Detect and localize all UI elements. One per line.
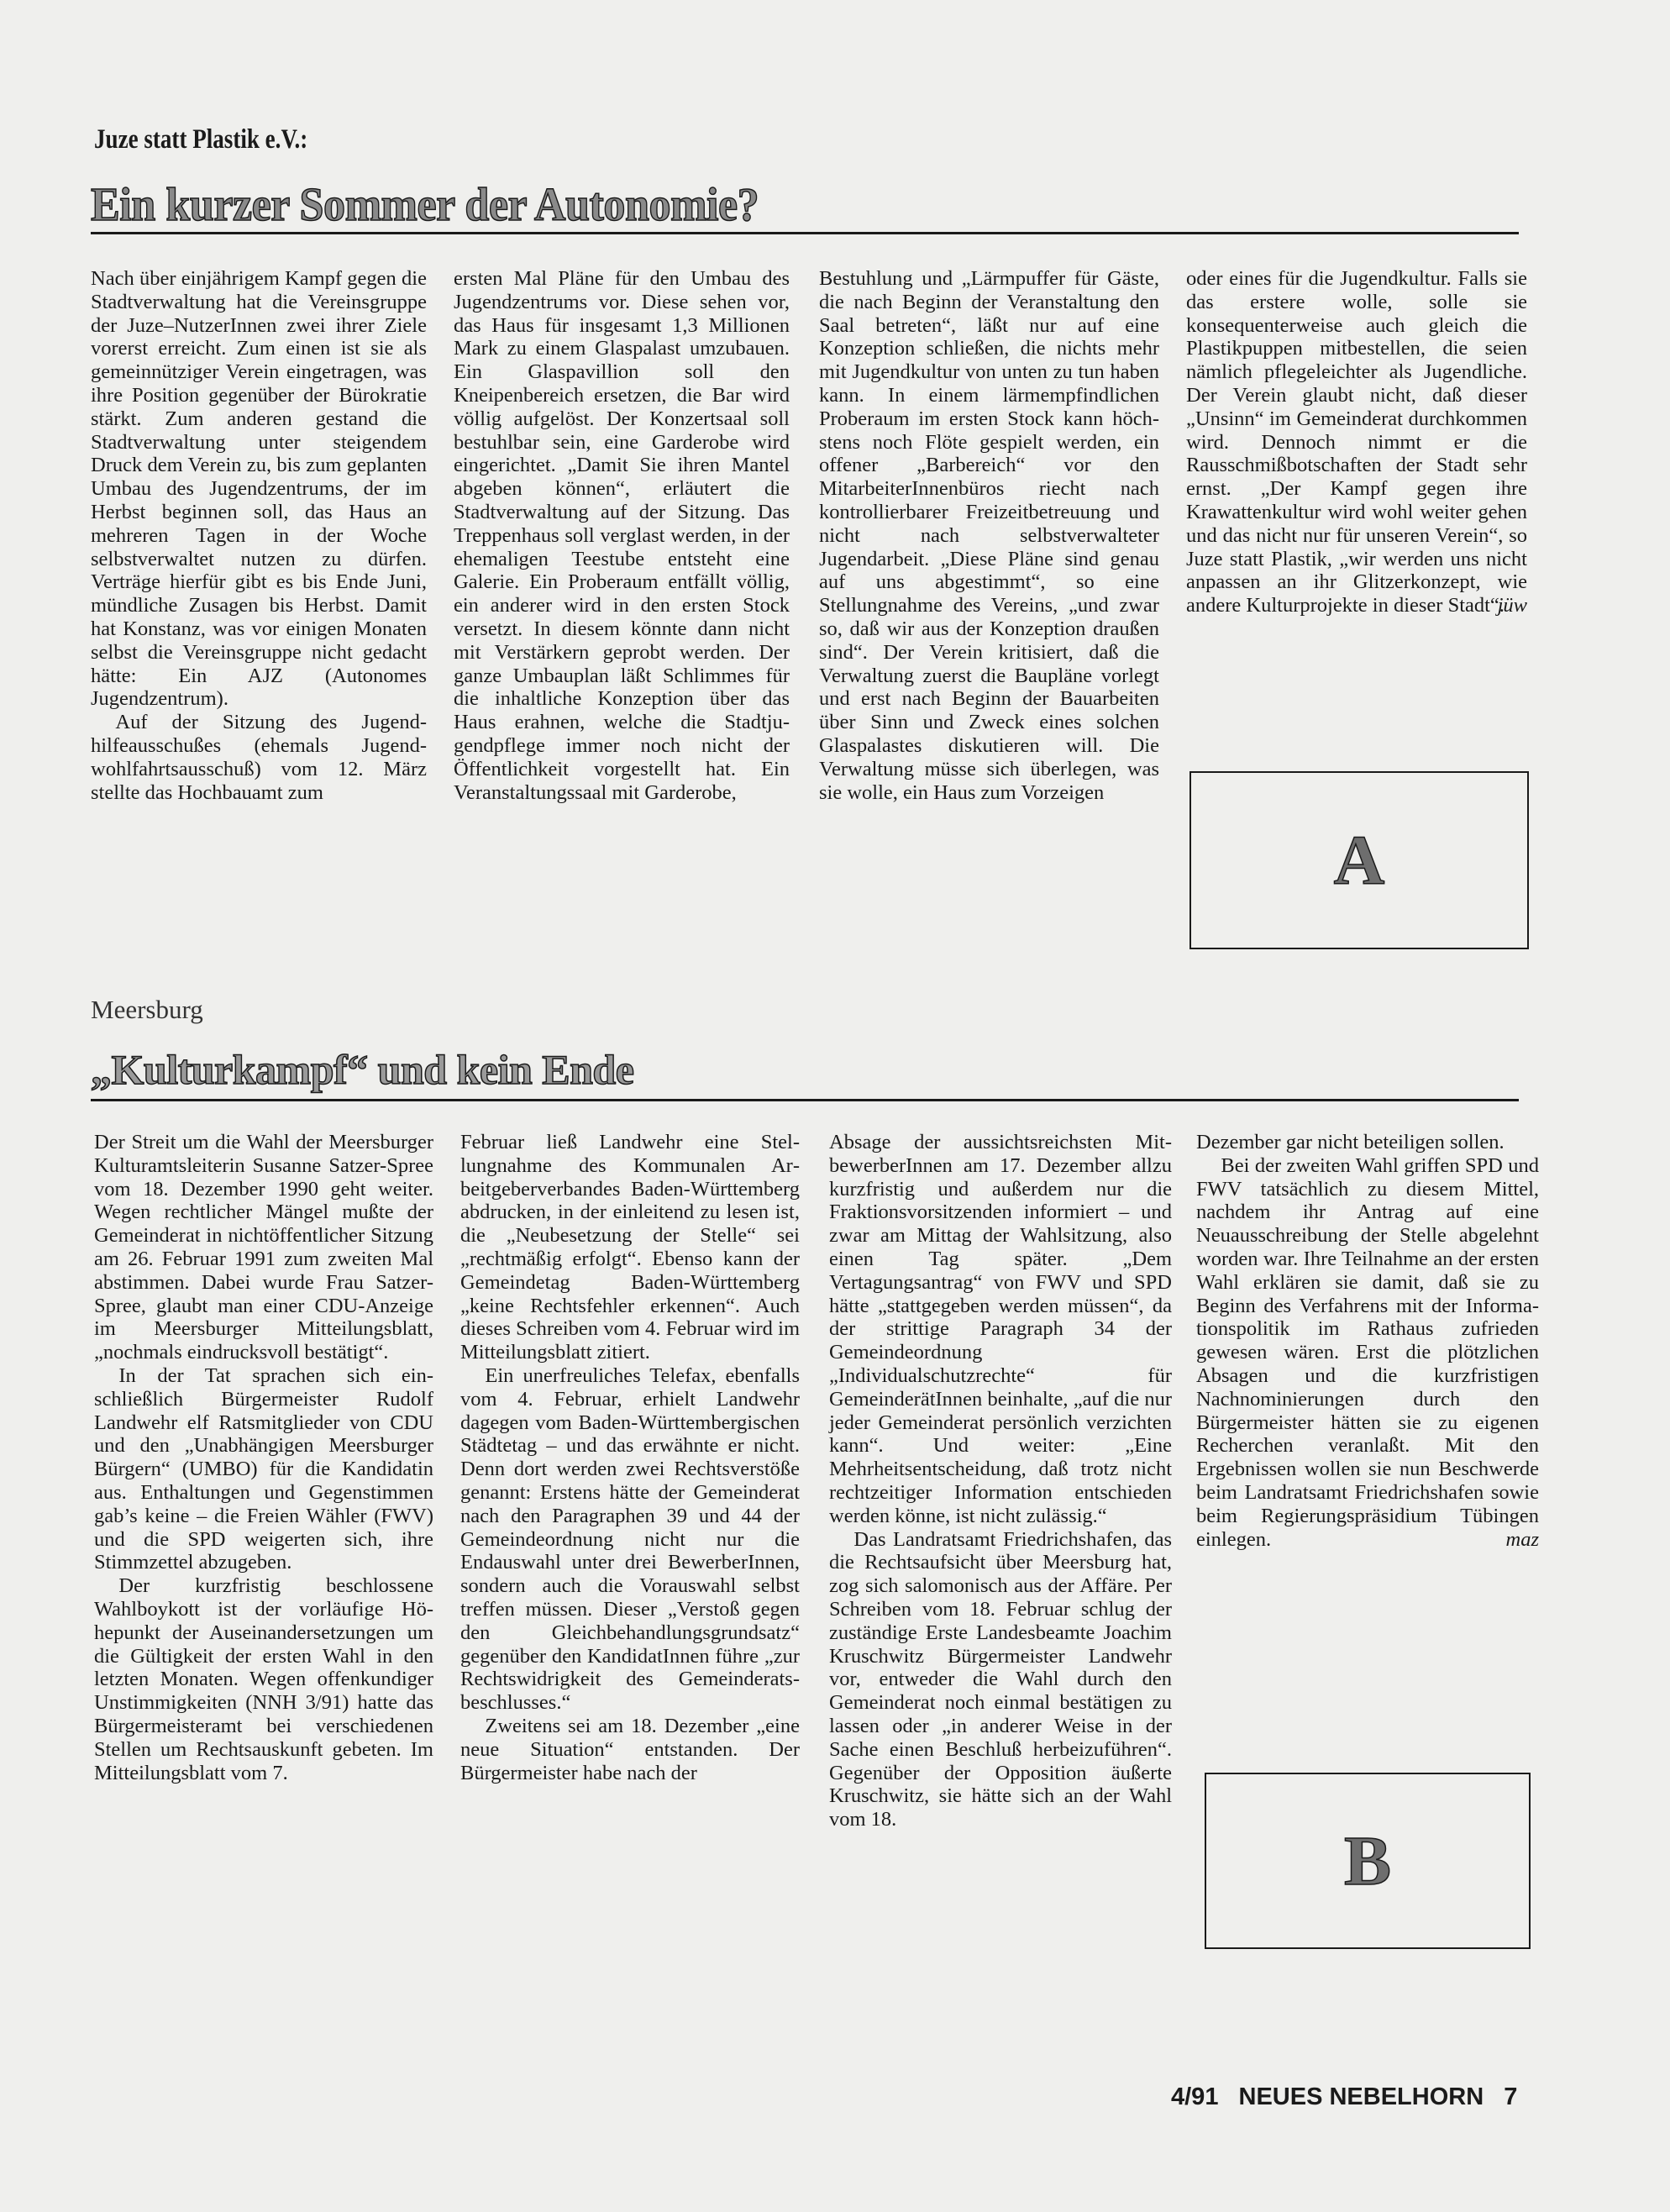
- article-column-1: Nach über einjährigem Kampf ge­gen die S…: [91, 267, 427, 804]
- paragraph: Zweitens sei am 18. Dezember „eine neue …: [460, 1715, 800, 1784]
- issue-number: 4/91: [1171, 2083, 1218, 2110]
- headline-rule: [91, 232, 1519, 234]
- paragraph: ersten Mal Pläne für den Umbau des Jugen…: [454, 267, 790, 804]
- paragraph: Der kurzfristig beschlossene Wahlboykott…: [94, 1574, 433, 1784]
- paragraph: In der Tat sprachen sich ein­schließlich…: [94, 1364, 433, 1574]
- paragraph: Bestuhlung und „Lärmpuffer für Gäste, di…: [819, 267, 1159, 804]
- paragraph: Das Landratsamt Friedrichsha­fen, das di…: [829, 1528, 1172, 1831]
- image-placeholder-b: B: [1205, 1773, 1531, 1949]
- paragraph: Bei der zweiten Wahl griffen SPD und FWV…: [1196, 1154, 1539, 1552]
- article-column-4: oder eines für die Jugendkultur. Falls s…: [1186, 267, 1527, 617]
- paragraph: Dezember gar nicht beteiligen sol­len.: [1196, 1131, 1539, 1154]
- article-column-4: Dezember gar nicht beteiligen sol­len. B…: [1196, 1131, 1539, 1551]
- placeholder-label: B: [1344, 1821, 1391, 1902]
- headline-rule: [91, 1099, 1519, 1101]
- paragraph: Ein unerfreuliches Telefax, ebenfalls vo…: [460, 1364, 800, 1715]
- article-column-3: Absage der aussichtsreichsten Mit­bewerb…: [829, 1131, 1172, 1831]
- article-column-2: Februar ließ Landwehr eine Stel­lungnahm…: [460, 1131, 800, 1784]
- image-placeholder-a: A: [1189, 771, 1529, 949]
- paragraph: Der Streit um die Wahl der Meers­burger …: [94, 1131, 433, 1364]
- paragraph: oder eines für die Jugendkultur. Falls s…: [1186, 267, 1527, 617]
- publication-name: NEUES NEBELHORN: [1239, 2083, 1484, 2110]
- page-footer: 4/91 NEUES NEBELHORN 7: [1171, 2083, 1531, 2111]
- article-headline: „Kulturkampf“ und kein Ende: [91, 1045, 633, 1094]
- article-column-3: Bestuhlung und „Lärmpuffer für Gäste, di…: [819, 267, 1159, 804]
- placeholder-label: A: [1334, 820, 1385, 901]
- paragraph: Nach über einjährigem Kampf ge­gen die S…: [91, 267, 427, 711]
- paragraph: Februar ließ Landwehr eine Stel­lungnahm…: [460, 1131, 800, 1364]
- article-kicker: Juze statt Plastik e.V.:: [94, 124, 307, 155]
- article-kicker: Meersburg: [91, 995, 203, 1025]
- magazine-page: Juze statt Plastik e.V.: Ein kurzer Somm…: [0, 0, 1670, 2212]
- paragraph: Absage der aussichtsreichsten Mit­bewerb…: [829, 1131, 1172, 1528]
- article-column-1: Der Streit um die Wahl der Meers­burger …: [94, 1131, 433, 1784]
- page-number: 7: [1504, 2083, 1517, 2110]
- paragraph: Auf der Sitzung des Jugend­hilfeausschuß…: [91, 711, 427, 804]
- article-headline: Ein kurzer Sommer der Autonomie?: [91, 178, 759, 232]
- article-column-2: ersten Mal Pläne für den Umbau des Jugen…: [454, 267, 790, 804]
